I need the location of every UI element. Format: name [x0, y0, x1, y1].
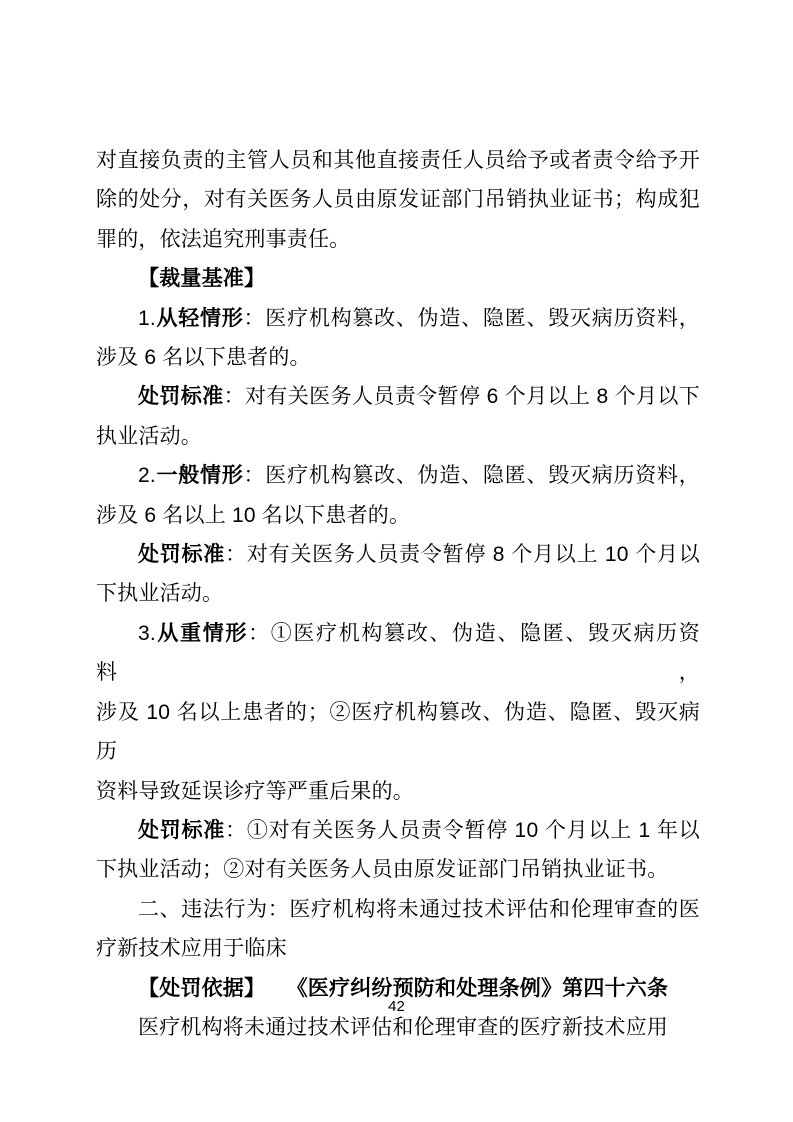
text-line: 处罚标准：①对有关医务人员责令暂停 10 个月以上 1 年以	[96, 811, 700, 850]
text-line: 处罚标准：对有关医务人员责令暂停 6 个月以上 8 个月以下	[96, 377, 700, 416]
text-segment: 罪的，依法追究刑事责任。	[96, 228, 350, 251]
text-segment: ：对有关医务人员责令暂停 6 个月以上 8 个月以下	[224, 385, 700, 408]
text-line: 2.一般情形：医疗机构篡改、伪造、隐匿、毁灭病历资料，	[96, 456, 700, 495]
text-line: 资料导致延误诊疗等严重后果的。	[96, 772, 700, 811]
text-segment: 下执业活动；②对有关医务人员由原发证部门吊销执业证书。	[96, 858, 668, 881]
bold-text-segment: 从重情形	[156, 622, 248, 645]
document-page: 对直接负责的主管人员和其他直接责任人员给予或者责令给予开除的处分，对有关医务人员…	[0, 0, 793, 1122]
text-segment: 资料导致延误诊疗等严重后果的。	[96, 780, 414, 803]
text-line: 涉及 6 名以上 10 名以下患者的。	[96, 496, 700, 535]
text-segment: 二、违法行为：医疗机构将未通过技术评估和伦理审查的医	[138, 898, 700, 921]
text-segment: 3.	[138, 622, 156, 645]
text-line: 3.从重情形：①医疗机构篡改、伪造、隐匿、毁灭病历资料，	[96, 614, 700, 693]
bold-text-segment: 从轻情形	[156, 307, 244, 330]
text-segment: 2.	[138, 464, 156, 487]
text-segment: 1.	[138, 307, 156, 330]
text-line: 疗新技术应用于临床	[96, 929, 700, 968]
bold-text-segment: 处罚标准	[138, 385, 224, 408]
text-segment: 涉及 6 名以上 10 名以下患者的。	[96, 504, 410, 527]
bold-text-segment: 处罚标准	[138, 819, 225, 842]
text-line: 罪的，依法追究刑事责任。	[96, 220, 700, 259]
text-line: 下执业活动。	[96, 574, 700, 613]
text-segment: ：①对有关医务人员责令暂停 10 个月以上 1 年以	[225, 819, 700, 842]
text-segment: 下执业活动。	[96, 582, 223, 605]
text-line: 对直接负责的主管人员和其他直接责任人员给予或者责令给予开	[96, 141, 700, 180]
document-body: 对直接负责的主管人员和其他直接责任人员给予或者责令给予开除的处分，对有关医务人员…	[96, 141, 700, 1047]
bold-text-segment: 处罚标准	[138, 543, 225, 566]
text-segment: 除的处分，对有关医务人员由原发证部门吊销执业证书；构成犯	[96, 188, 700, 211]
text-segment: 执业活动。	[96, 425, 202, 448]
text-segment: ：医疗机构篡改、伪造、隐匿、毁灭病历资料，	[244, 307, 700, 330]
bold-text-segment: 【裁量基准】	[138, 267, 265, 290]
text-line: 1.从轻情形：医疗机构篡改、伪造、隐匿、毁灭病历资料，	[96, 299, 700, 338]
text-segment: 涉及 6 名以下患者的。	[96, 346, 311, 369]
text-line: 【裁量基准】	[96, 259, 700, 298]
text-line: 下执业活动；②对有关医务人员由原发证部门吊销执业证书。	[96, 850, 700, 889]
page-number: 42	[0, 998, 793, 1015]
text-segment: 涉及 10 名以上患者的；②医疗机构篡改、伪造、隐匿、毁灭病历	[96, 701, 700, 763]
text-segment: 对直接负责的主管人员和其他直接责任人员给予或者责令给予开	[96, 149, 700, 172]
text-line: 二、违法行为：医疗机构将未通过技术评估和伦理审查的医	[96, 890, 700, 929]
text-line: 涉及 10 名以上患者的；②医疗机构篡改、伪造、隐匿、毁灭病历	[96, 693, 700, 772]
bold-text-segment: 一般情形	[156, 464, 244, 487]
text-segment: ：对有关医务人员责令暂停 8 个月以上 10 个月以	[225, 543, 700, 566]
text-segment: ：医疗机构篡改、伪造、隐匿、毁灭病历资料，	[244, 464, 700, 487]
text-line: 处罚标准：对有关医务人员责令暂停 8 个月以上 10 个月以	[96, 535, 700, 574]
text-line: 执业活动。	[96, 417, 700, 456]
text-segment: 疗新技术应用于临床	[96, 937, 287, 960]
text-segment: 医疗机构将未通过技术评估和伦理审查的医疗新技术应用	[138, 1016, 668, 1039]
text-line: 涉及 6 名以下患者的。	[96, 338, 700, 377]
bold-text-segment: 【处罚依据】 《医疗纠纷预防和处理条例》第四十六条	[138, 977, 668, 1000]
text-line: 除的处分，对有关医务人员由原发证部门吊销执业证书；构成犯	[96, 180, 700, 219]
